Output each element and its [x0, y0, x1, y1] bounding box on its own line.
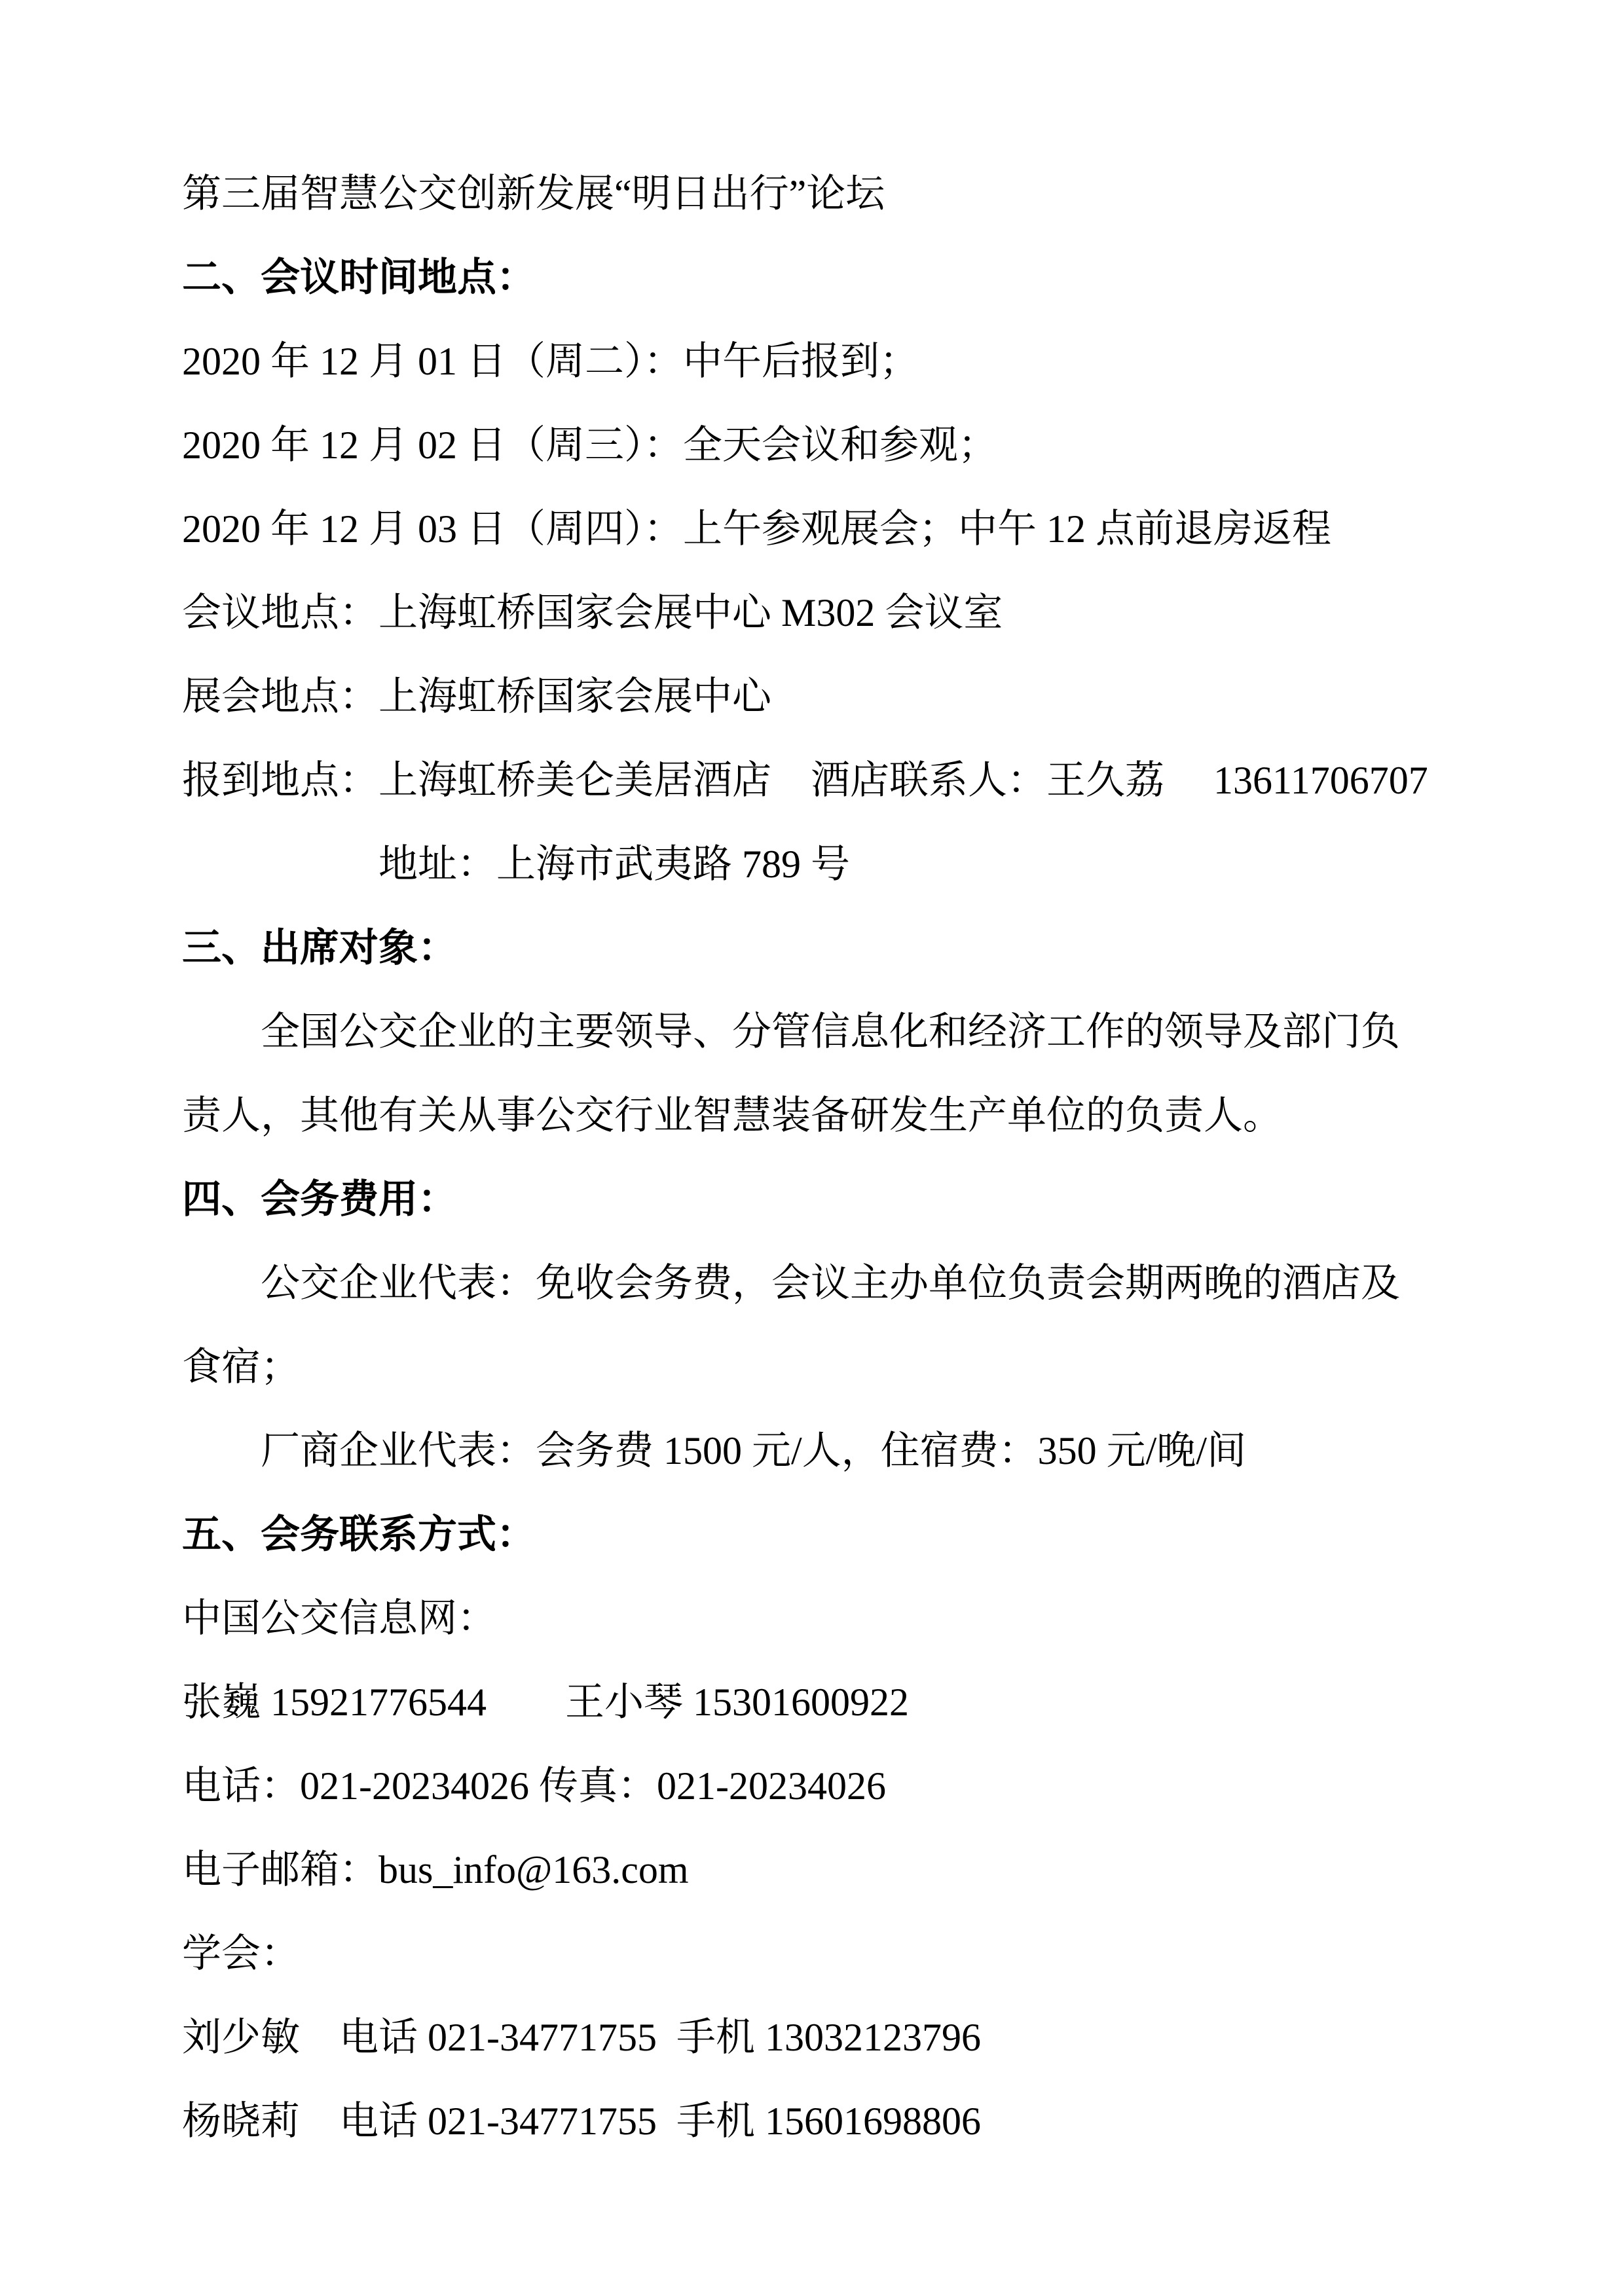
section-2-heading: 二、会议时间地点：: [182, 236, 1459, 319]
hotel-address-line: 地址：上海市武夷路 789 号: [182, 822, 1459, 906]
schedule-dec-02: 2020 年 12 月 02 日（周三）：全天会议和参观；: [182, 403, 1459, 487]
forum-title-line: 第三届智慧公交创新发展“明日出行”论坛: [182, 152, 1459, 236]
section-4-heading: 四、会务费用：: [182, 1157, 1459, 1241]
section-5-heading: 五、会务联系方式：: [182, 1493, 1459, 1576]
section-3-heading: 三、出席对象：: [182, 906, 1459, 990]
contact-society-label: 学会：: [182, 1912, 1459, 1995]
document-content: 第三届智慧公交创新发展“明日出行”论坛 二、会议时间地点： 2020 年 12 …: [182, 152, 1459, 2163]
contact-bus-info-net-label: 中国公交信息网：: [182, 1576, 1459, 1660]
fees-vendor-line: 厂商企业代表：会务费 1500 元/人，住宿费：350 元/晚/间: [182, 1409, 1459, 1493]
fees-bus-company-line-1: 公交企业代表：免收会务费，会议主办单位负责会期两晚的酒店及: [182, 1241, 1459, 1325]
contact-zhangwei-wangxiaoqin: 张巍 15921776544 王小琴 15301600922: [182, 1660, 1459, 1744]
contact-phone-fax: 电话：021-20234026 传真：021-20234026: [182, 1744, 1459, 1828]
contact-yangxiaoli: 杨晓莉 电话 021-34771755 手机 15601698806: [182, 2079, 1459, 2163]
contact-liushaomin: 刘少敏 电话 021-34771755 手机 13032123796: [182, 1995, 1459, 2079]
contact-email: 电子邮箱：bus_info@163.com: [182, 1828, 1459, 1912]
schedule-dec-03: 2020 年 12 月 03 日（周四）：上午参观展会；中午 12 点前退房返程: [182, 487, 1459, 571]
schedule-dec-01: 2020 年 12 月 01 日（周二）：中午后报到；: [182, 319, 1459, 403]
fees-bus-company-line-2: 食宿；: [182, 1325, 1459, 1409]
meeting-venue-line: 会议地点：上海虹桥国家会展中心 M302 会议室: [182, 571, 1459, 655]
checkin-hotel-line: 报到地点：上海虹桥美仑美居酒店 酒店联系人：王久荔 13611706707: [182, 738, 1459, 822]
attendees-paragraph-line-1: 全国公交企业的主要领导、分管信息化和经济工作的领导及部门负: [182, 990, 1459, 1074]
document-page: 第三届智慧公交创新发展“明日出行”论坛 二、会议时间地点： 2020 年 12 …: [0, 0, 1624, 2296]
attendees-paragraph-line-2: 责人，其他有关从事公交行业智慧装备研发生产单位的负责人。: [182, 1074, 1459, 1157]
expo-venue-line: 展会地点：上海虹桥国家会展中心: [182, 655, 1459, 738]
